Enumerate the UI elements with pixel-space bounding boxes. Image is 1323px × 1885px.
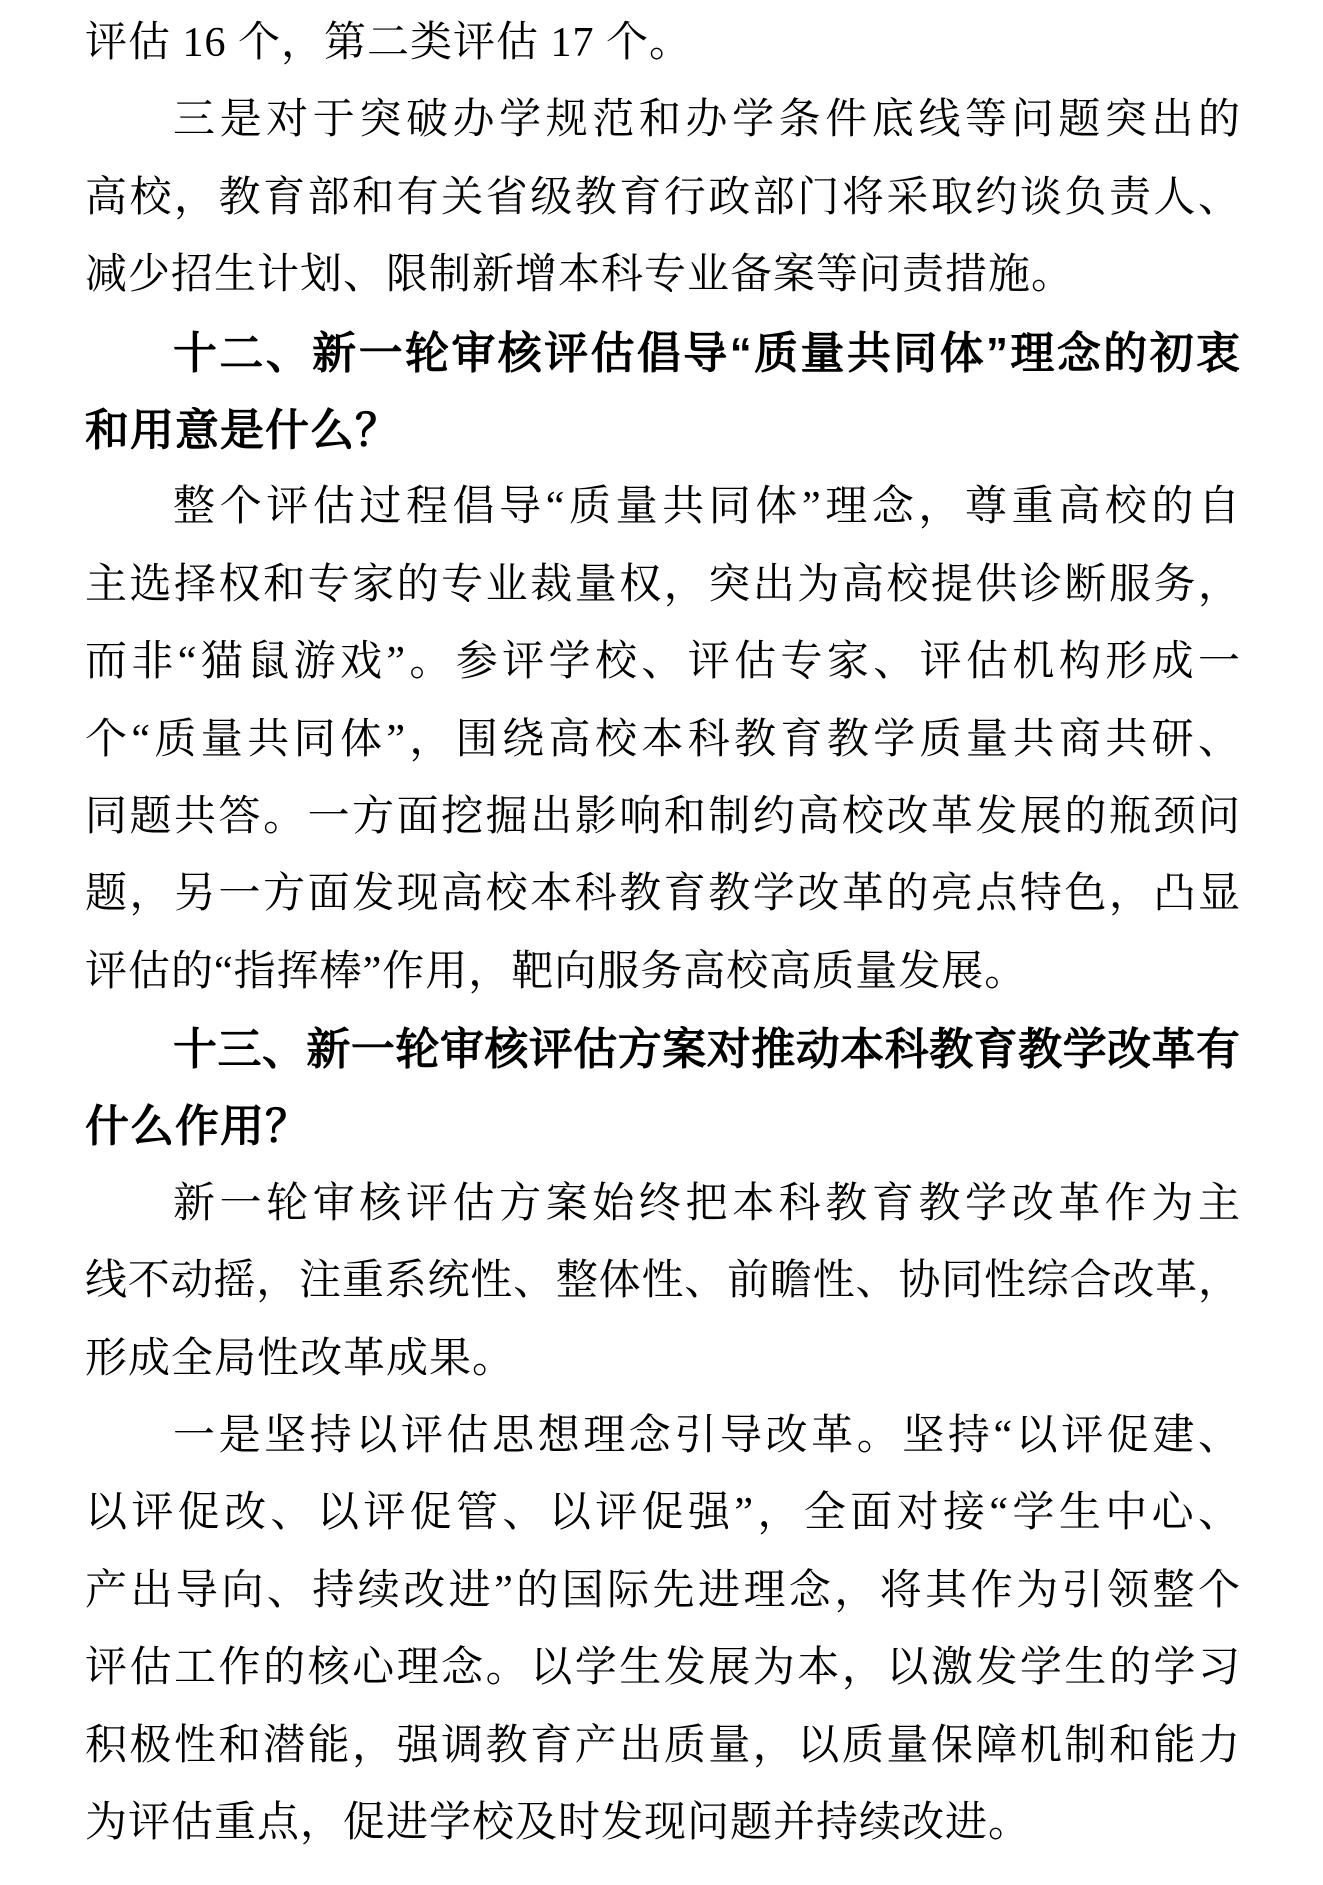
text-line: 评估的“指挥棒”作用，靶向服务高校高质量发展。 <box>85 934 1240 1011</box>
text-line: 什么作用？ <box>85 1088 1240 1165</box>
text-line: 积极性和潜能，强调教育产出质量，以质量保障机制和能力 <box>85 1708 1240 1785</box>
text-line: 十三、新一轮审核评估方案对推动本科教育教学改革有 <box>85 1011 1240 1088</box>
text-line: 题，另一方面发现高校本科教育教学改革的亮点特色，凸显 <box>85 856 1240 933</box>
text-line: 评估 16 个，第二类评估 17 个。 <box>85 5 1240 82</box>
text-line: 以评促改、以评促管、以评促强”，全面对接“学生中心、 <box>85 1475 1240 1552</box>
text-line: 高校，教育部和有关省级教育行政部门将采取约谈负责人、 <box>85 160 1240 237</box>
text-line: 形成全局性改革成果。 <box>85 1321 1240 1398</box>
text-line: 同题共答。一方面挖掘出影响和制约高校改革发展的瓶颈问 <box>85 779 1240 856</box>
text-line: 个“质量共同体”，围绕高校本科教育教学质量共商共研、 <box>85 702 1240 779</box>
text-line: 十二、新一轮审核评估倡导“质量共同体”理念的初衷 <box>85 315 1240 392</box>
text-line: 评估工作的核心理念。以学生发展为本，以激发学生的学习 <box>85 1630 1240 1707</box>
text-line: 而非“猫鼠游戏”。参评学校、评估专家、评估机构形成一 <box>85 624 1240 701</box>
text-line: 线不动摇，注重系统性、整体性、前瞻性、协同性综合改革， <box>85 1243 1240 1320</box>
text-line: 三是对于突破办学规范和办学条件底线等问题突出的 <box>85 82 1240 159</box>
text-line: 主选择权和专家的专业裁量权，突出为高校提供诊断服务， <box>85 547 1240 624</box>
text-line: 和用意是什么？ <box>85 392 1240 469</box>
text-line: 一是坚持以评估思想理念引导改革。坚持“以评促建、 <box>85 1398 1240 1475</box>
text-line: 整个评估过程倡导“质量共同体”理念，尊重高校的自 <box>85 469 1240 546</box>
text-line: 新一轮审核评估方案始终把本科教育教学改革作为主 <box>85 1166 1240 1243</box>
text-line: 减少招生计划、限制新增本科专业备案等问责措施。 <box>85 237 1240 314</box>
text-line: 为评估重点，促进学校及时发现问题并持续改进。 <box>85 1785 1240 1862</box>
text-flow: 评估 16 个，第二类评估 17 个。三是对于突破办学规范和办学条件底线等问题突… <box>85 5 1240 1862</box>
document-page: 评估 16 个，第二类评估 17 个。三是对于突破办学规范和办学条件底线等问题突… <box>0 0 1323 1885</box>
text-line: 产出导向、持续改进”的国际先进理念，将其作为引领整个 <box>85 1553 1240 1630</box>
